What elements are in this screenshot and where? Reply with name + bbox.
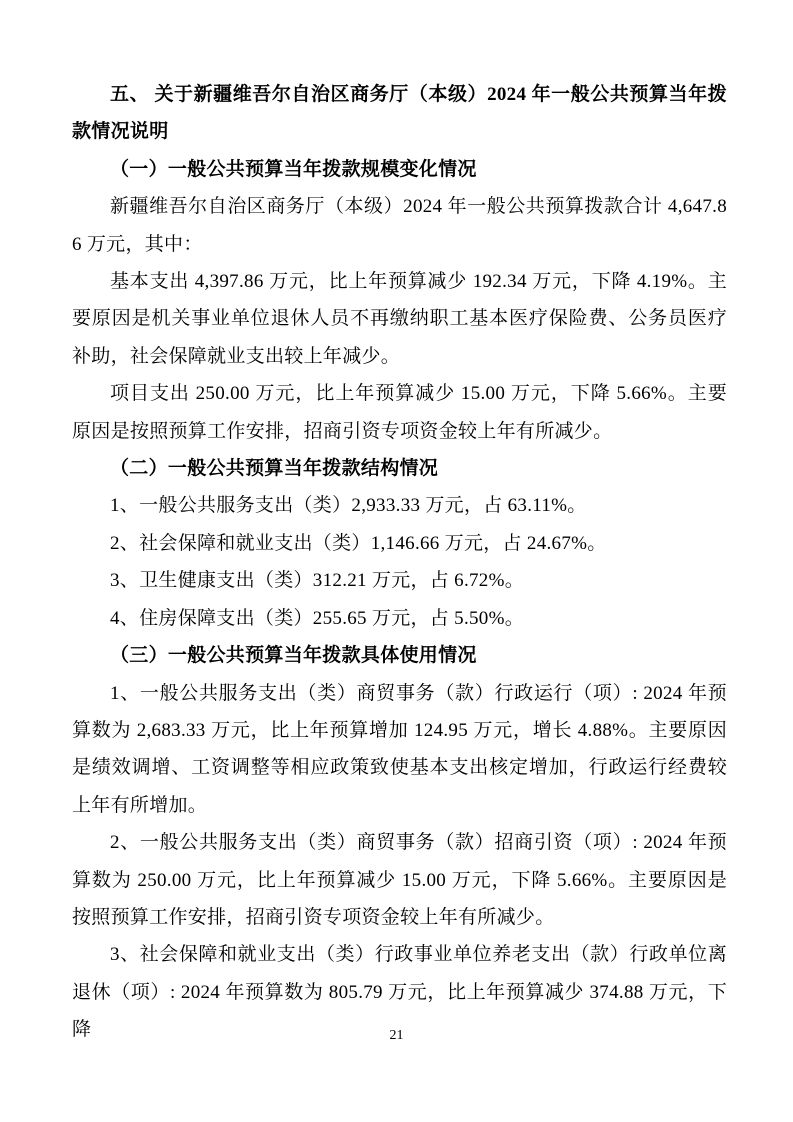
subsection-1-heading: （一）一般公共预算当年拨款规模变化情况 xyxy=(72,151,727,188)
para-total-allocation: 新疆维吾尔自治区商务厅（本级）2024 年一般公共预算拨款合计 4,647.86… xyxy=(72,188,727,263)
list-item-housing: 4、住房保障支出（类）255.65 万元，占 5.50%。 xyxy=(72,600,727,637)
para-basic-expenditure: 基本支出 4,397.86 万元，比上年预算减少 192.34 万元，下降 4.… xyxy=(72,263,727,375)
subsection-2-heading: （二）一般公共预算当年拨款结构情况 xyxy=(72,450,727,487)
list-item-health: 3、卫生健康支出（类）312.21 万元，占 6.72%。 xyxy=(72,562,727,599)
subsection-3-heading: （三）一般公共预算当年拨款具体使用情况 xyxy=(72,637,727,674)
list-item-social-security-employment: 2、社会保障和就业支出（类）1,146.66 万元，占 24.67%。 xyxy=(72,525,727,562)
document-page: 五、 关于新疆维吾尔自治区商务厅（本级）2024 年一般公共预算当年拨款情况说明… xyxy=(0,0,793,1122)
list-item-general-public-service: 1、一般公共服务支出（类）2,933.33 万元，占 63.11%。 xyxy=(72,487,727,524)
page-number: 21 xyxy=(0,1026,793,1046)
section-title: 五、 关于新疆维吾尔自治区商务厅（本级）2024 年一般公共预算当年拨款情况说明 xyxy=(72,76,727,151)
para-project-expenditure: 项目支出 250.00 万元，比上年预算减少 15.00 万元，下降 5.66%… xyxy=(72,375,727,450)
para-detail-2-investment-promotion: 2、一般公共服务支出（类）商贸事务（款）招商引资（项）: 2024 年预算数为 … xyxy=(72,824,727,936)
para-detail-1-administrative-operation: 1、一般公共服务支出（类）商贸事务（款）行政运行（项）: 2024 年预算数为 … xyxy=(72,675,727,825)
